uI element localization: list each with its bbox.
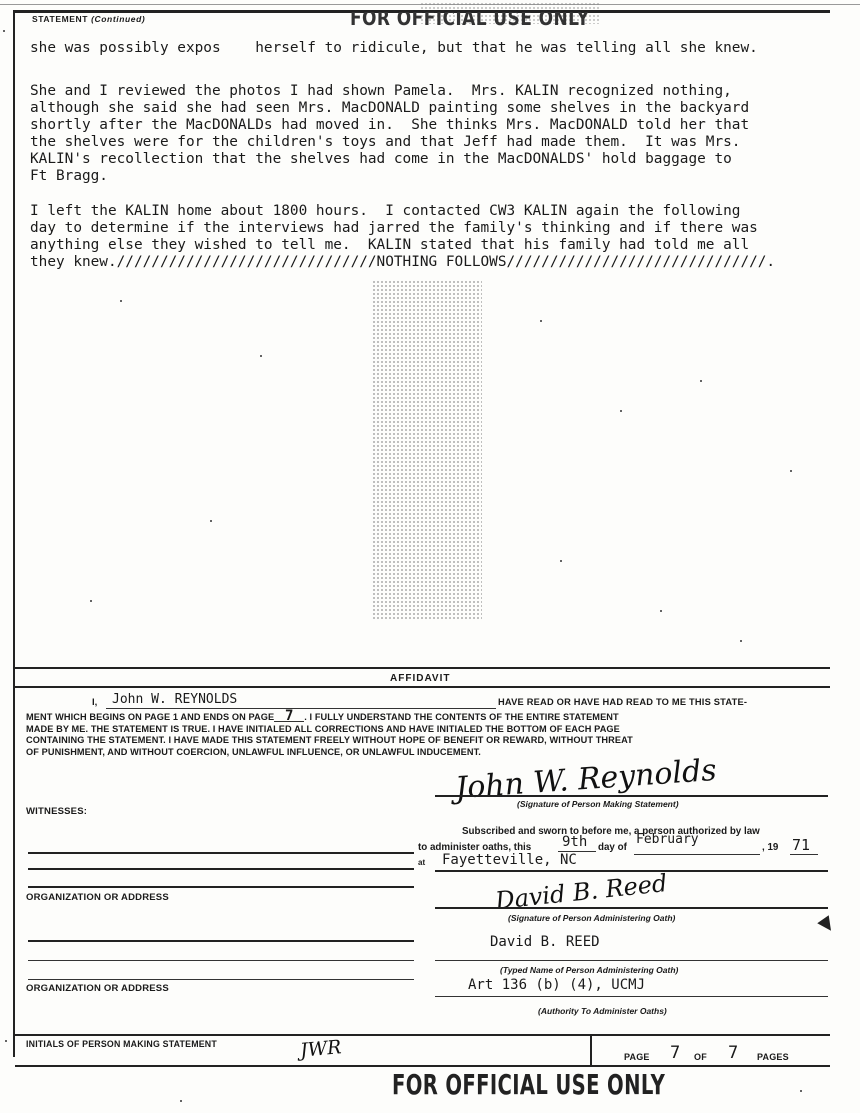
officer-signature-caption: (Signature of Person Administering Oath) [508, 913, 675, 923]
officer-typed-name-line [435, 960, 828, 961]
footer-divider [590, 1034, 592, 1066]
statement-line: they knew.//////////////////////////////… [30, 254, 775, 271]
scan-speck [90, 600, 92, 602]
oath-authority-caption: (Authority To Administer Oaths) [538, 1006, 667, 1016]
initials-label: INITIALS OF PERSON MAKING STATEMENT [26, 1039, 217, 1049]
sworn-year-line [790, 854, 818, 855]
page-label: PAGE [624, 1052, 650, 1062]
statement-line: shortly after the MacDONALDs had moved i… [30, 117, 749, 134]
scan-speck [620, 410, 622, 412]
statement-line: she was possibly expos herself to ridicu… [30, 40, 758, 57]
initials-signature: JWR [299, 1036, 342, 1062]
witness-2-line-2 [28, 960, 414, 961]
sworn-month-line [634, 854, 760, 855]
classification-stamp-bottom: FOR OFFICIAL USE ONLY [392, 1068, 665, 1101]
witness-1-line-2 [28, 868, 414, 870]
sworn-day: 9th [562, 834, 587, 850]
affidavit-top-border [15, 667, 830, 669]
affidavit-text-line: HAVE READ OR HAVE HAD READ TO ME THIS ST… [498, 697, 747, 707]
form-header: STATEMENT (Continued) [32, 14, 145, 24]
scan-speck [180, 1100, 182, 1102]
footer-top-border [15, 1034, 830, 1036]
sworn-at-prefix: at [418, 858, 425, 867]
of-label: OF [694, 1052, 707, 1062]
witness-1-line [28, 852, 414, 854]
sworn-year: 71 [792, 836, 810, 854]
org-address-1-line [28, 886, 414, 888]
affidavit-prefix: I, [92, 697, 97, 708]
scan-speck [540, 320, 542, 322]
witness-2-line [28, 940, 414, 942]
sworn-year-prefix: , 19 [762, 842, 778, 853]
scan-speck [210, 520, 212, 522]
statement-line: the shelves were for the children's toys… [30, 134, 740, 151]
affidavit-title: AFFIDAVIT [390, 673, 450, 684]
statement-line: KALIN's recollection that the shelves ha… [30, 151, 732, 168]
scan-speck [800, 1090, 802, 1092]
sworn-text: Subscribed and sworn to before me, a per… [462, 826, 760, 837]
oath-authority: Art 136 (b) (4), UCMJ [468, 977, 645, 993]
oath-authority-line [435, 996, 828, 997]
affidavit-text-line: CONTAINING THE STATEMENT. I HAVE MADE TH… [26, 735, 826, 747]
org-address-label-1: ORGANIZATION OR ADDRESS [26, 892, 169, 903]
affidavit-title-border [15, 686, 830, 688]
sworn-place: Fayetteville, NC [442, 852, 577, 868]
affiant-name: John W. REYNOLDS [112, 692, 237, 707]
statement-line: although she said she had seen Mrs. MacD… [30, 100, 749, 117]
officer-typed-name-caption: (Typed Name of Person Administering Oath… [500, 965, 678, 975]
affiant-signature-caption: (Signature of Person Making Statement) [517, 799, 679, 809]
scan-speck [260, 355, 262, 357]
scan-noise [372, 280, 482, 620]
scan-speck [5, 1040, 7, 1042]
statement-line: I left the KALIN home about 1800 hours. … [30, 203, 740, 220]
sworn-month: February [636, 832, 699, 847]
scan-speck [560, 560, 562, 562]
affidavit-text-line: MADE BY ME. THE STATEMENT IS TRUE. I HAV… [26, 724, 826, 736]
page-current: 7 [670, 1043, 680, 1063]
affiant-name-line [106, 708, 496, 709]
officer-typed-name: David B. REED [490, 934, 600, 950]
witnesses-label: WITNESSES: [26, 806, 87, 817]
pages-label: PAGES [757, 1052, 789, 1062]
scan-speck [120, 300, 122, 302]
org-address-2-line [28, 979, 414, 980]
footer-bottom-border [15, 1065, 830, 1067]
form-header-suffix: (Continued) [91, 14, 145, 24]
affidavit-body: MENT WHICH BEGINS ON PAGE 1 AND ENDS ON … [26, 711, 826, 758]
statement-line: day to determine if the interviews had j… [30, 220, 758, 237]
sworn-text: day of [598, 842, 627, 853]
affidavit-text-line: MENT WHICH BEGINS ON PAGE 1 AND ENDS ON … [26, 711, 826, 724]
page-total: 7 [728, 1043, 738, 1063]
scan-speck [740, 640, 742, 642]
statement-line: She and I reviewed the photos I had show… [30, 83, 732, 100]
end-page-number: 7 [274, 711, 304, 722]
statement-line: anything else they wished to tell me. KA… [30, 237, 749, 254]
scan-speck [790, 470, 792, 472]
scanned-document-page: STATEMENT (Continued) FOR OFFICIAL USE O… [0, 0, 860, 1113]
affiant-signature-line [435, 795, 828, 797]
scan-speck [3, 30, 5, 32]
officer-signature-line [435, 907, 828, 909]
scan-speck [660, 610, 662, 612]
statement-line: Ft Bragg. [30, 168, 108, 185]
scan-speck [700, 380, 702, 382]
form-header-title: STATEMENT [32, 14, 88, 24]
org-address-label-2: ORGANIZATION OR ADDRESS [26, 983, 169, 994]
